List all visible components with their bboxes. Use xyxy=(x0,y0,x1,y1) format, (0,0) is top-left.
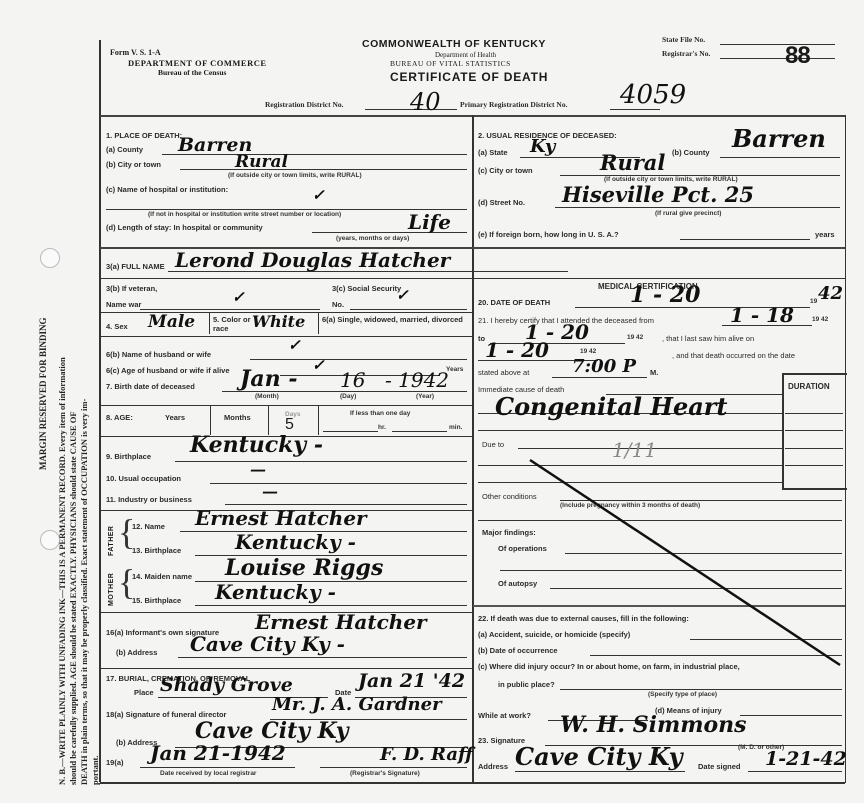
hr-label: hr. xyxy=(378,424,386,431)
last-seen-year: 19 42 xyxy=(580,348,596,355)
section-rule-2 xyxy=(100,278,845,279)
industry-value: — xyxy=(262,482,278,501)
occupation-label: 10. Usual occupation xyxy=(106,474,181,483)
sex-divider xyxy=(209,312,210,334)
spouse-age-label: 6(c) Age of husband or wife if alive xyxy=(106,366,230,375)
last-seen-label: , that I last saw him alive on xyxy=(662,334,754,343)
father-tag: FATHER xyxy=(108,526,115,556)
date-received-hint: Date received by local registrar xyxy=(160,770,256,777)
time-of-death-line xyxy=(552,377,647,378)
residence-county-value: Barren xyxy=(732,124,826,153)
war-name-label: Name war xyxy=(106,300,141,309)
date-received-value: Jan 21-1942 xyxy=(150,741,286,765)
length-of-stay-value: Life xyxy=(408,210,451,234)
center-divider xyxy=(472,115,474,783)
father-birthplace-value: Kentucky - xyxy=(235,530,356,554)
mother-birthplace-label: 15. Birthplace xyxy=(132,596,181,605)
veteran-label: 3(b) If veteran, xyxy=(106,284,157,293)
birth-date-label: 7. Birth date of deceased xyxy=(106,382,195,391)
date-of-death-label: 20. DATE OF DEATH xyxy=(478,298,550,307)
death-city-label: (b) City or town xyxy=(106,160,161,169)
registrar-number-value: 88 xyxy=(785,42,810,70)
time-of-death-value: 7:00 P xyxy=(572,356,636,377)
industry-line xyxy=(225,504,467,505)
registrar-number-line xyxy=(720,58,835,59)
length-of-stay-hint: (years, months or days) xyxy=(336,235,409,242)
birthplace-line xyxy=(175,461,467,462)
registrar-signature-line xyxy=(320,767,467,768)
informant-address-line xyxy=(178,657,467,658)
residence-city-label: (c) City or town xyxy=(478,166,533,175)
war-name-line xyxy=(140,309,320,310)
while-at-work-label: While at work? xyxy=(478,711,531,720)
place-of-death-heading: 1. PLACE OF DEATH: xyxy=(106,131,182,140)
mother-tag: MOTHER xyxy=(108,573,115,606)
date-of-death-value: 1 - 20 xyxy=(630,282,700,308)
spouse-name-line xyxy=(250,359,467,360)
bureau-vital-statistics: BUREAU OF VITAL STATISTICS xyxy=(390,59,511,68)
date-signed-label: Date signed xyxy=(698,762,741,771)
mother-brace: { xyxy=(118,564,135,600)
department-of-commerce: DEPARTMENT OF COMMERCE xyxy=(128,58,267,68)
binding-hole-top xyxy=(40,248,60,268)
length-of-stay-label: (d) Length of stay: In hospital or commu… xyxy=(106,223,263,232)
death-city-line xyxy=(180,169,467,170)
informant-signature-value: Ernest Hatcher xyxy=(255,610,427,634)
full-name-label: 3(a) FULL NAME xyxy=(106,262,165,271)
color-race-label: 5. Color or race xyxy=(213,315,253,333)
ssn-no-label: No. xyxy=(332,300,344,309)
state-file-line xyxy=(720,44,835,45)
residence-state-label: (a) State xyxy=(478,148,508,157)
margin-instruction-line-1: N. B.—WRITE PLAINLY WITH UNFADING INK—TH… xyxy=(57,357,68,785)
date-signed-value: 1-21-42 xyxy=(765,748,847,770)
birth-year-hint: (Year) xyxy=(416,393,434,400)
margin-instruction-line-2: should be carefully supplied. AGE should… xyxy=(68,411,79,785)
margin-binding-note: MARGIN RESERVED FOR BINDING xyxy=(38,318,49,470)
death-hospital-hint: (If not in hospital or institution write… xyxy=(148,211,341,218)
occupation-value: — xyxy=(250,460,266,479)
registration-district-value: 40 xyxy=(410,88,441,116)
form-number: Form V. S. 1-A xyxy=(110,48,161,57)
mother-birthplace-line xyxy=(195,605,467,606)
immediate-cause-line-3 xyxy=(478,430,782,431)
public-place-line xyxy=(560,689,842,690)
public-place-label: in public place? xyxy=(498,680,555,689)
department-of-health: Department of Health xyxy=(435,51,496,59)
place-type-hint: (Specify type of place) xyxy=(648,691,717,698)
death-occurred-label: , and that death occurred on the date xyxy=(672,351,795,360)
registrar-signature-hint: (Registrar's Signature) xyxy=(350,770,420,777)
date-received-label: 19(a) xyxy=(106,758,124,767)
registrar-signature-value: F. D. Raff xyxy=(380,744,473,765)
attended-from-year: 19 42 xyxy=(812,316,828,323)
strike-through-line xyxy=(520,455,850,675)
burial-date-value: Jan 21 '42 xyxy=(358,670,465,692)
age-months-divider xyxy=(268,405,269,435)
age-years-label: Years xyxy=(165,413,185,422)
burial-place-value: Shady Grove xyxy=(160,674,293,696)
commonwealth-title: COMMONWEALTH OF KENTUCKY xyxy=(362,38,546,50)
registrar-number-label: Registrar's No. xyxy=(662,49,710,58)
burial-place-label: Place xyxy=(134,688,154,697)
occupation-line xyxy=(210,483,467,484)
form-left-border xyxy=(99,40,101,782)
due-to-label: Due to xyxy=(482,440,504,449)
birthplace-label: 9. Birthplace xyxy=(106,452,151,461)
birth-year-value: - 1942 xyxy=(385,368,449,392)
residence-street-line xyxy=(555,207,840,208)
residence-county-line xyxy=(720,157,840,158)
age-label: 8. AGE: xyxy=(106,413,133,422)
informant-address-label: (b) Address xyxy=(116,648,157,657)
time-of-death-suffix: M. xyxy=(650,368,658,377)
funeral-director-value: Mr. J. A. Gardner xyxy=(272,694,442,715)
age-months-label: Months xyxy=(224,413,251,422)
mother-name-label: 14. Maiden name xyxy=(132,572,192,581)
bureau-of-census: Bureau of the Census xyxy=(158,68,226,77)
date-of-death-year-prefix: 19 xyxy=(810,298,817,305)
certificate-title: CERTIFICATE OF DEATH xyxy=(390,70,548,84)
attended-from-value: 1 - 18 xyxy=(730,303,794,327)
physician-address-line xyxy=(515,771,685,772)
form-bottom-border xyxy=(100,782,845,784)
immediate-cause-value: Congenital Heart xyxy=(495,392,728,421)
war-name-value: ✓ xyxy=(232,288,245,306)
section-rule-4 xyxy=(100,336,472,337)
residence-street-hint: (If rural give precinct) xyxy=(655,210,721,217)
mother-name-value: Louise Riggs xyxy=(225,555,383,581)
physician-address-value: Cave City Ky xyxy=(515,742,683,771)
min-line xyxy=(392,431,447,432)
section-rule-5 xyxy=(100,405,472,406)
last-seen-value: 1 - 20 xyxy=(485,338,549,362)
duration-line-2 xyxy=(785,430,843,431)
death-city-value: Rural xyxy=(235,152,288,172)
physician-address-label: Address xyxy=(478,762,508,771)
ssn-line xyxy=(350,309,467,310)
registration-district-label: Registration District No. xyxy=(265,100,344,109)
date-received-line xyxy=(140,767,295,768)
sex-label: 4. Sex xyxy=(106,322,128,331)
foreign-born-label: (e) If foreign born, how long in U. S. A… xyxy=(478,230,619,239)
min-label: min. xyxy=(449,424,462,431)
birth-day-value: 16 xyxy=(340,368,365,392)
duration-line-3 xyxy=(785,448,843,449)
date-signed-line xyxy=(748,771,842,772)
spouse-age-value: ✓ xyxy=(312,356,325,374)
state-file-label: State File No. xyxy=(662,35,705,44)
duration-label: DURATION xyxy=(788,382,830,391)
residence-city-value: Rural xyxy=(600,150,665,175)
full-name-value: Lerond Douglas Hatcher xyxy=(175,248,450,272)
father-name-label: 12. Name xyxy=(132,522,165,531)
hr-line xyxy=(323,431,378,432)
age-years-divider xyxy=(210,405,211,435)
means-of-injury-line xyxy=(740,715,842,716)
attended-to-year: 19 42 xyxy=(627,334,643,341)
marital-status-label: 6(a) Single, widowed, married, divorced xyxy=(322,315,470,324)
death-hospital-value: ✓ xyxy=(312,186,325,204)
foreign-born-line xyxy=(680,239,810,240)
father-name-value: Ernest Hatcher xyxy=(195,506,367,530)
birth-month-value: Jan - xyxy=(240,366,297,392)
spouse-name-value: ✓ xyxy=(288,336,301,354)
birth-month-hint: (Month) xyxy=(255,393,279,400)
color-divider xyxy=(318,312,319,334)
residence-street-label: (d) Street No. xyxy=(478,198,525,207)
death-hospital-label: (c) Name of hospital or institution: xyxy=(106,185,228,194)
margin-instruction-line-3: DEATH in plain terms, so that it may be … xyxy=(79,399,90,785)
color-race-value: White xyxy=(252,312,305,331)
age-days-divider xyxy=(318,405,319,435)
industry-label: 11. Industry or business xyxy=(106,495,192,504)
mother-birthplace-value: Kentucky - xyxy=(215,580,336,604)
sex-value: Male xyxy=(148,312,195,332)
date-of-death-year: 42 xyxy=(818,283,843,304)
ssn-label: 3(c) Social Security xyxy=(332,284,401,293)
primary-district-label: Primary Registration District No. xyxy=(460,100,567,109)
spouse-name-label: 6(b) Name of husband or wife xyxy=(106,350,211,359)
ssn-value: ✓ xyxy=(396,286,409,304)
duration-line-1 xyxy=(785,413,843,414)
birth-day-hint: (Day) xyxy=(340,393,356,400)
physician-signature-value: W. H. Simmons xyxy=(560,712,747,738)
informant-address-value: Cave City Ky - xyxy=(190,632,345,656)
stated-above-label: stated above at xyxy=(478,368,529,377)
residence-county-label: (b) County xyxy=(672,148,710,157)
father-birthplace-label: 13. Birthplace xyxy=(132,546,181,555)
foreign-born-unit: years xyxy=(815,230,835,239)
father-brace: { xyxy=(118,514,135,550)
residence-state-value: Ky xyxy=(530,136,555,157)
residence-street-value: Hiseville Pct. 25 xyxy=(562,182,754,207)
binding-hole-bottom xyxy=(40,530,60,550)
death-county-label: (a) County xyxy=(106,145,143,154)
section-rule-9 xyxy=(100,668,472,669)
death-city-hint: (If outside city or town limits, write R… xyxy=(228,172,362,179)
less-than-day-label: If less than one day xyxy=(350,410,410,417)
birthplace-value: Kentucky - xyxy=(190,432,323,458)
primary-district-value: 4059 xyxy=(620,80,686,110)
